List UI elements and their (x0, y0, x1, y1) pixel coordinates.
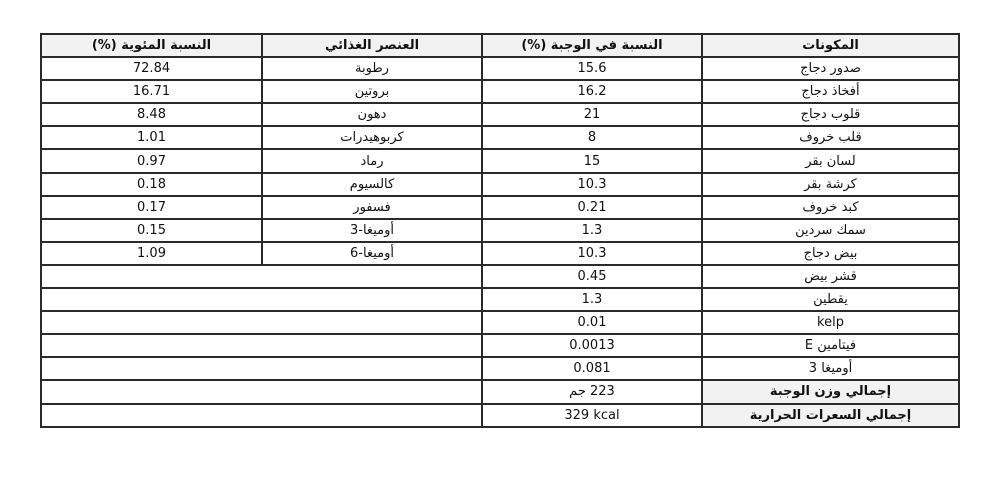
empty-cell (41, 265, 482, 288)
ingredient-name: قشر بيض (702, 265, 959, 288)
table-row: 8.48 دهون 21 قلوب دجاج (41, 103, 959, 126)
table-row: 0.081 أوميغا 3 (41, 357, 959, 380)
nutrient-name: أوميغا-3 (262, 219, 482, 242)
nutrient-percentage: 8.48 (41, 103, 262, 126)
ingredient-ratio: 8 (482, 126, 702, 149)
ingredient-name: سمك سردين (702, 219, 959, 242)
table-row: 0.17 فسفور 0.21 كبد خروف (41, 196, 959, 219)
table-row: 1.3 يقطين (41, 288, 959, 311)
total-calories-row: 329 kcal إجمالي السعرات الحرارية (41, 404, 959, 427)
header-percentage: النسبة المئوية (%) (41, 34, 262, 57)
header-ingredients: المكونات (702, 34, 959, 57)
nutrient-name: بروتين (262, 80, 482, 103)
nutrient-name: كالسيوم (262, 173, 482, 196)
table-row: 0.97 رماد 15 لسان بقر (41, 149, 959, 172)
table-row: 0.45 قشر بيض (41, 265, 959, 288)
ingredient-ratio: 0.0013 (482, 334, 702, 357)
table-row: 1.01 كربوهيدرات 8 قلب خروف (41, 126, 959, 149)
header-meal-ratio: النسبة في الوجبة (%) (482, 34, 702, 57)
table-row: 72.84 رطوبة 15.6 صدور دجاج (41, 57, 959, 80)
ingredient-ratio: 15 (482, 149, 702, 172)
nutrient-percentage: 0.17 (41, 196, 262, 219)
nutrient-percentage: 0.15 (41, 219, 262, 242)
ingredient-name: قلب خروف (702, 126, 959, 149)
table-header-row: النسبة المئوية (%) العنصر الغذائي النسبة… (41, 34, 959, 57)
empty-cell (41, 357, 482, 380)
nutrient-name: فسفور (262, 196, 482, 219)
ingredient-ratio: 1.3 (482, 219, 702, 242)
ingredient-name: لسان بقر (702, 149, 959, 172)
ingredient-name: كبد خروف (702, 196, 959, 219)
total-calories-value: 329 kcal (482, 404, 702, 427)
ingredient-ratio: 15.6 (482, 57, 702, 80)
table-row: 16.71 بروتين 16.2 أفخاذ دجاج (41, 80, 959, 103)
ingredient-name: أوميغا 3 (702, 357, 959, 380)
nutrient-percentage: 0.97 (41, 149, 262, 172)
header-nutrient: العنصر الغذائي (262, 34, 482, 57)
ingredient-name: كرشة بقر (702, 173, 959, 196)
total-weight-label: إجمالي وزن الوجبة (702, 380, 959, 403)
ingredient-ratio: 0.45 (482, 265, 702, 288)
ingredient-ratio: 16.2 (482, 80, 702, 103)
total-weight-value: 223 جم (482, 380, 702, 403)
ingredient-ratio: 0.01 (482, 311, 702, 334)
ingredient-ratio: 1.3 (482, 288, 702, 311)
empty-cell (41, 404, 482, 427)
nutrient-name: دهون (262, 103, 482, 126)
ingredient-ratio: 10.3 (482, 242, 702, 265)
nutrient-percentage: 16.71 (41, 80, 262, 103)
ingredient-name: kelp (702, 311, 959, 334)
ingredient-name: صدور دجاج (702, 57, 959, 80)
nutrient-percentage: 0.18 (41, 173, 262, 196)
table-row: 0.0013 فيتامين E (41, 334, 959, 357)
empty-cell (41, 334, 482, 357)
empty-cell (41, 311, 482, 334)
table-row: 0.18 كالسيوم 10.3 كرشة بقر (41, 173, 959, 196)
ingredient-name: يقطين (702, 288, 959, 311)
total-calories-label: إجمالي السعرات الحرارية (702, 404, 959, 427)
nutrient-name: رماد (262, 149, 482, 172)
ingredient-name: بيض دجاج (702, 242, 959, 265)
nutrient-percentage: 1.01 (41, 126, 262, 149)
ingredient-ratio: 0.081 (482, 357, 702, 380)
ingredient-name: قلوب دجاج (702, 103, 959, 126)
total-weight-row: 223 جم إجمالي وزن الوجبة (41, 380, 959, 403)
nutrient-name: أوميغا-6 (262, 242, 482, 265)
ingredient-ratio: 0.21 (482, 196, 702, 219)
nutrition-table: النسبة المئوية (%) العنصر الغذائي النسبة… (40, 33, 960, 428)
table-row: 1.09 أوميغا-6 10.3 بيض دجاج (41, 242, 959, 265)
ingredient-name: فيتامين E (702, 334, 959, 357)
empty-cell (41, 288, 482, 311)
ingredient-ratio: 21 (482, 103, 702, 126)
nutrient-name: كربوهيدرات (262, 126, 482, 149)
nutrient-percentage: 72.84 (41, 57, 262, 80)
table-row: 0.01 kelp (41, 311, 959, 334)
empty-cell (41, 380, 482, 403)
nutrient-name: رطوبة (262, 57, 482, 80)
nutrient-percentage: 1.09 (41, 242, 262, 265)
table-row: 0.15 أوميغا-3 1.3 سمك سردين (41, 219, 959, 242)
ingredient-ratio: 10.3 (482, 173, 702, 196)
ingredient-name: أفخاذ دجاج (702, 80, 959, 103)
